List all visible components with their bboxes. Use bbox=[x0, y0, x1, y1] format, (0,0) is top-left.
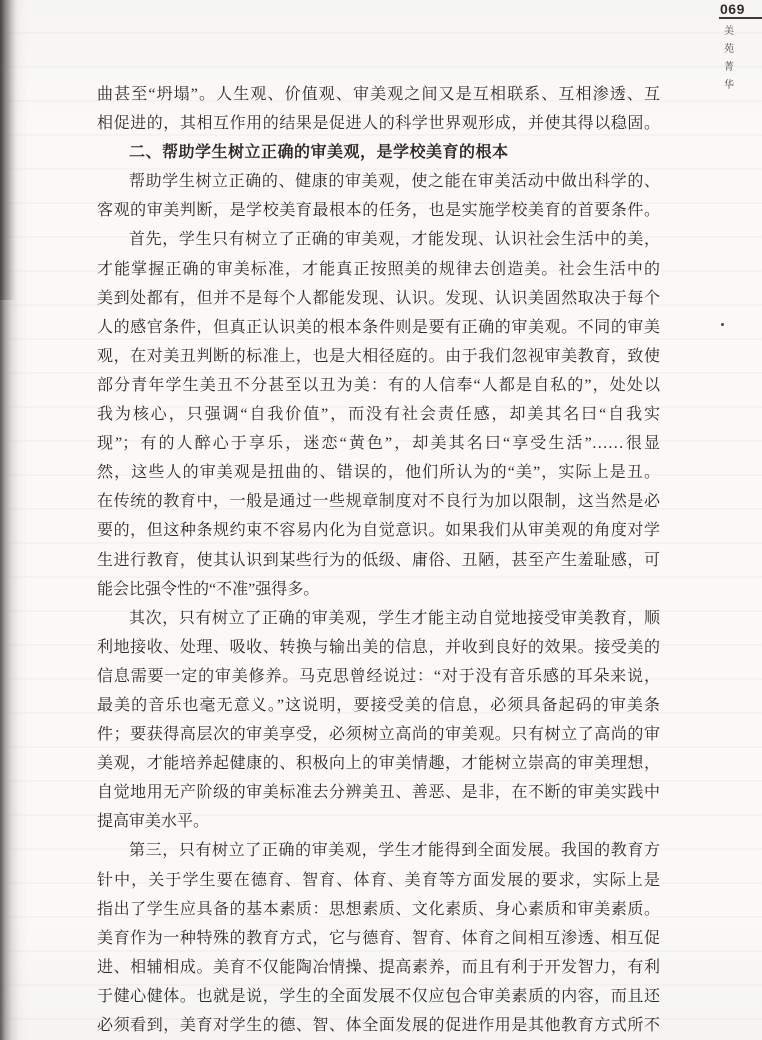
text-line: 在传统的教育中，一般是通过一些规章制度对不良行为加以限制，这当然是必 bbox=[97, 487, 660, 516]
text-line: 帮助学生树立正确的、健康的审美观，使之能在审美活动中做出科学的、 bbox=[97, 167, 660, 196]
text-line: 利地接收、处理、吸收、转换与输出美的信息，并收到良好的效果。接受美的 bbox=[97, 633, 660, 662]
paragraph: 首先，学生只有树立了正确的审美观，才能发现、认识社会生活中的美，才能掌握正确的审… bbox=[97, 225, 660, 603]
text-line: 进、相辅相成。美育不仅能陶冶情操、提高素养，而且有利于开发智力，有利 bbox=[97, 953, 660, 982]
text-line: 美育作为一种特殊的教育方式，它与德育、智育、体育之间相互渗透、相互促 bbox=[97, 924, 660, 953]
page-number: 069 bbox=[720, 1, 762, 17]
scan-speck bbox=[721, 323, 724, 326]
text-line: 客观的审美判断，是学校美育最根本的任务，也是实施学校美育的首要条件。 bbox=[97, 196, 660, 225]
margin-title-char: 华 bbox=[724, 77, 734, 95]
text-line: 部分青年学生美丑不分甚至以丑为美：有的人信奉“人都是自私的”，处处以 bbox=[97, 371, 660, 400]
section-heading: 二、帮助学生树立正确的审美观，是学校美育的根本 bbox=[97, 138, 660, 167]
text-line: 现”；有的人醉心于享乐，迷恋“黄色”，却美其名曰“享受生活”……很显 bbox=[97, 429, 660, 458]
text-line: 提高审美水平。 bbox=[97, 807, 660, 836]
margin-title: 美苑菁华 bbox=[722, 23, 736, 95]
text-line: 美到处都有，但并不是每个人都能发现、认识。发现、认识美固然取决于每个 bbox=[97, 284, 660, 313]
text-line: 观，在对美丑判断的标准上，也是大相径庭的。由于我们忽视审美教育，致使 bbox=[97, 342, 660, 371]
paragraph: 第三，只有树立了正确的审美观，学生才能得到全面发展。我国的教育方针中，关于学生要… bbox=[97, 836, 660, 1040]
text-line: 才能掌握正确的审美标准，才能真正按照美的规律去创造美。社会生活中的 bbox=[97, 255, 660, 284]
paragraph: 其次，只有树立了正确的审美观，学生才能主动自觉地接受审美教育，顺利地接收、处理、… bbox=[97, 604, 660, 837]
text-line: 相促进的，其相互作用的结果是促进人的科学世界观形成，并使其得以稳固。 bbox=[97, 109, 660, 138]
text-line: 针中，关于学生要在德育、智育、体育、美育等方面发展的要求，实际上是 bbox=[97, 866, 660, 895]
margin-title-char: 菁 bbox=[724, 59, 734, 77]
text-line: 必须看到，美育对学生的德、智、体全面发展的促进作用是其他教育方式所不 bbox=[97, 1011, 660, 1040]
text-line: 于健心健体。也就是说，学生的全面发展不仅应包合审美素质的内容，而且还 bbox=[97, 982, 660, 1011]
text-line: 自觉地用无产阶级的审美标准去分辨美丑、善恶、是非，在不断的审美实践中 bbox=[97, 778, 660, 807]
paragraph: 帮助学生树立正确的、健康的审美观，使之能在审美活动中做出科学的、客观的审美判断，… bbox=[97, 167, 660, 225]
margin-title-char: 美 bbox=[724, 23, 734, 41]
text-line: 要的，但这种条规约束不容易内化为自觉意识。如果我们从审美观的角度对学 bbox=[97, 516, 660, 545]
text-line: 然，这些人的审美观是扭曲的、错误的，他们所认为的“美”，实际上是丑。 bbox=[97, 458, 660, 487]
text-line: 信息需要一定的审美修养。马克思曾经说过：“对于没有音乐感的耳朵来说， bbox=[97, 662, 660, 691]
text-line: 生进行教育，使其认识到某些行为的低级、庸俗、丑陋，甚至产生羞耻感，可 bbox=[97, 546, 660, 575]
text-line: 二、帮助学生树立正确的审美观，是学校美育的根本 bbox=[97, 138, 660, 167]
text-line: 我为核心，只强调“自我价值”，而没有社会责任感，却美其名曰“自我实 bbox=[97, 400, 660, 429]
text-line: 指出了学生应具备的基本素质：思想素质、文化素质、身心素质和审美素质。 bbox=[97, 895, 660, 924]
text-line: 能会比强令性的“不准”强得多。 bbox=[97, 575, 660, 604]
paragraph: 曲甚至“坍塌”。人生观、价值观、审美观之间又是互相联系、互相渗透、互相促进的，其… bbox=[97, 80, 660, 138]
scanned-book-page: 069 美苑菁华 曲甚至“坍塌”。人生观、价值观、审美观之间又是互相联系、互相渗… bbox=[0, 0, 762, 1040]
text-line: 件；要获得高层次的审美享受，必须树立高尚的审美观。只有树立了高尚的审 bbox=[97, 720, 660, 749]
article-text: 曲甚至“坍塌”。人生观、价值观、审美观之间又是互相联系、互相渗透、互相促进的，其… bbox=[97, 80, 660, 1040]
gutter-shadow-top bbox=[0, 0, 20, 300]
text-line: 首先，学生只有树立了正确的审美观，才能发现、认识社会生活中的美， bbox=[97, 225, 660, 254]
header-rule bbox=[719, 17, 762, 19]
text-line: 其次，只有树立了正确的审美观，学生才能主动自觉地接受审美教育，顺 bbox=[97, 604, 660, 633]
margin-title-char: 苑 bbox=[724, 41, 734, 59]
text-line: 美观，才能培养起健康的、积极向上的审美情趣，才能树立崇高的审美理想， bbox=[97, 749, 660, 778]
text-line: 第三，只有树立了正确的审美观，学生才能得到全面发展。我国的教育方 bbox=[97, 836, 660, 865]
text-line: 最美的音乐也毫无意义。”这说明，要接受美的信息，必须具备起码的审美条 bbox=[97, 691, 660, 720]
text-line: 人的感官条件，但真正认识美的根本条件则是要有正确的审美观。不同的审美 bbox=[97, 313, 660, 342]
text-line: 曲甚至“坍塌”。人生观、价值观、审美观之间又是互相联系、互相渗透、互 bbox=[97, 80, 660, 109]
